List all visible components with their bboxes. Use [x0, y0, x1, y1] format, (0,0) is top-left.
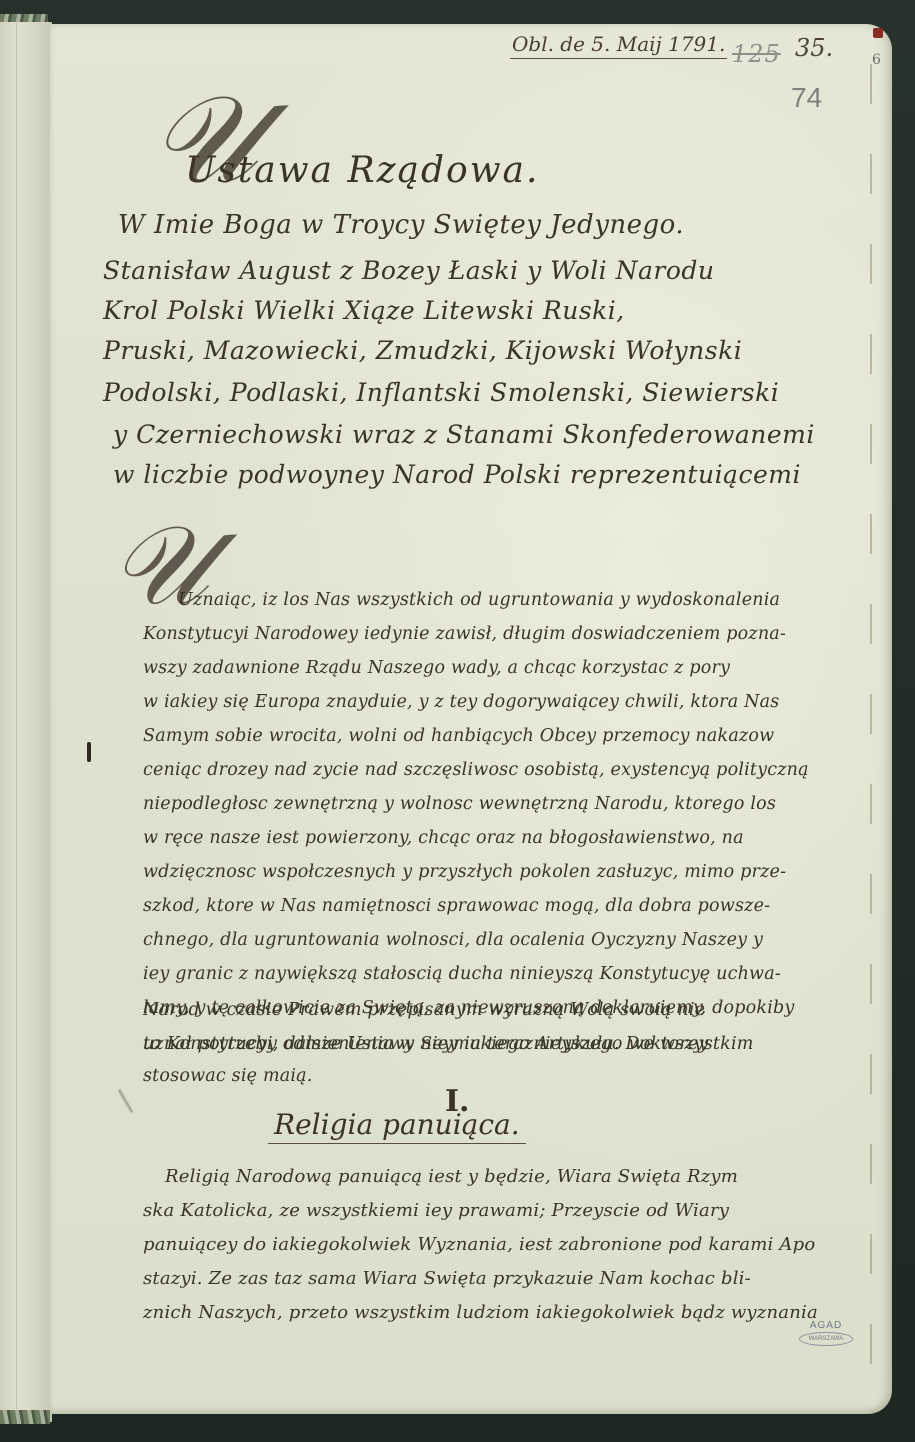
page-edge-shadow: [870, 64, 872, 1384]
preamble-line: y Czerniechowski wraz z Stanami Skonfede…: [113, 420, 815, 449]
margin-ink-mark: [87, 742, 91, 762]
section-line: stazyi. Ze zas taz sama Wiara Swięta prz…: [143, 1268, 751, 1289]
date-annotation: Obl. de 5. Maij 1791.: [510, 32, 727, 59]
paragraph-line: chnego, dla ugruntowania wolnosci, dla o…: [143, 930, 763, 950]
binding-fold: [16, 22, 17, 1422]
paragraph-line: Uznaiąc, iz los Nas wszystkich od ugrunt…: [178, 590, 780, 610]
section-heading: Religia panuiąca.: [268, 1108, 526, 1144]
document-title: Ustawa Rządowa.: [185, 150, 539, 191]
paragraph-line: w ręce nasze iest powierzony, chcąc oraz…: [143, 828, 744, 848]
binding-thread-bottom: [0, 1410, 50, 1424]
stamp-oval: WARSZAWA: [799, 1332, 853, 1346]
margin-mark: 6: [872, 52, 881, 68]
red-corner-mark: [873, 28, 883, 38]
preamble-line: Pruski, Mazowiecki, Zmudzki, Kijowski Wo…: [103, 336, 742, 365]
paragraph-line-16: stosowac się maią.: [143, 1066, 313, 1086]
paragraph-line: w iakiey się Europa znayduie, y z tey do…: [143, 692, 779, 712]
preamble-line: Stanisław August z Bozey Łaski y Woli Na…: [103, 256, 715, 285]
folio-number-pencil: 74: [791, 82, 822, 114]
paragraph-line: niepodległosc zewnętrzną y wolnosc wewnę…: [143, 794, 776, 814]
preamble-line: w liczbie podwoyney Narod Polski repreze…: [113, 460, 801, 489]
archive-stamp: AGAD WARSZAWA: [798, 1320, 854, 1350]
paragraph-line: Samym sobie wrocita, wolni od hanbiących…: [143, 726, 774, 746]
crossed-pencil-number: 125: [732, 40, 781, 68]
paragraph-line: szkod, ktore w Nas namiętnosci sprawowac…: [143, 896, 770, 916]
paragraph-line: Narod w czasie Prawem przepisanym wyrazn…: [143, 1000, 705, 1020]
paragraph-line: wdzięcznosc wspołczesnych y przyszłych p…: [143, 862, 786, 882]
book-binding: [0, 22, 52, 1422]
preamble-line: Podolski, Podlaski, Inflantski Smolenski…: [103, 378, 779, 407]
section-line: panuiącey do iakiegokolwiek Wyznania, ie…: [143, 1234, 815, 1255]
paragraph-line: ceniąc drozey nad zycie nad szczęsliwosc…: [143, 760, 809, 780]
invocation: W Imie Boga w Troycy Swiętey Jedynego.: [118, 210, 684, 240]
paragraph-line: wszy zadawnione Rządu Naszego wady, a ch…: [143, 658, 730, 678]
section-line: Religią Narodową panuiącą iest y będzie,…: [165, 1166, 738, 1187]
preamble-line: Krol Polski Wielki Xiąze Litewski Ruski,: [103, 296, 625, 325]
paragraph-line-15: to Konstytucyi, dalsze Ustawy Seymu tera…: [143, 1034, 754, 1054]
paragraph-line: Konstytucyi Narodowey iedynie zawisł, dł…: [143, 624, 786, 644]
paragraph-line: iey granic z naywiększą stałoscią ducha …: [143, 964, 781, 984]
folio-number-ink: 35.: [795, 34, 833, 62]
section-line: znich Naszych, przeto wszystkim ludziom …: [143, 1302, 818, 1323]
section-line: ska Katolicka, ze wszystkiemi iey prawam…: [143, 1200, 729, 1221]
